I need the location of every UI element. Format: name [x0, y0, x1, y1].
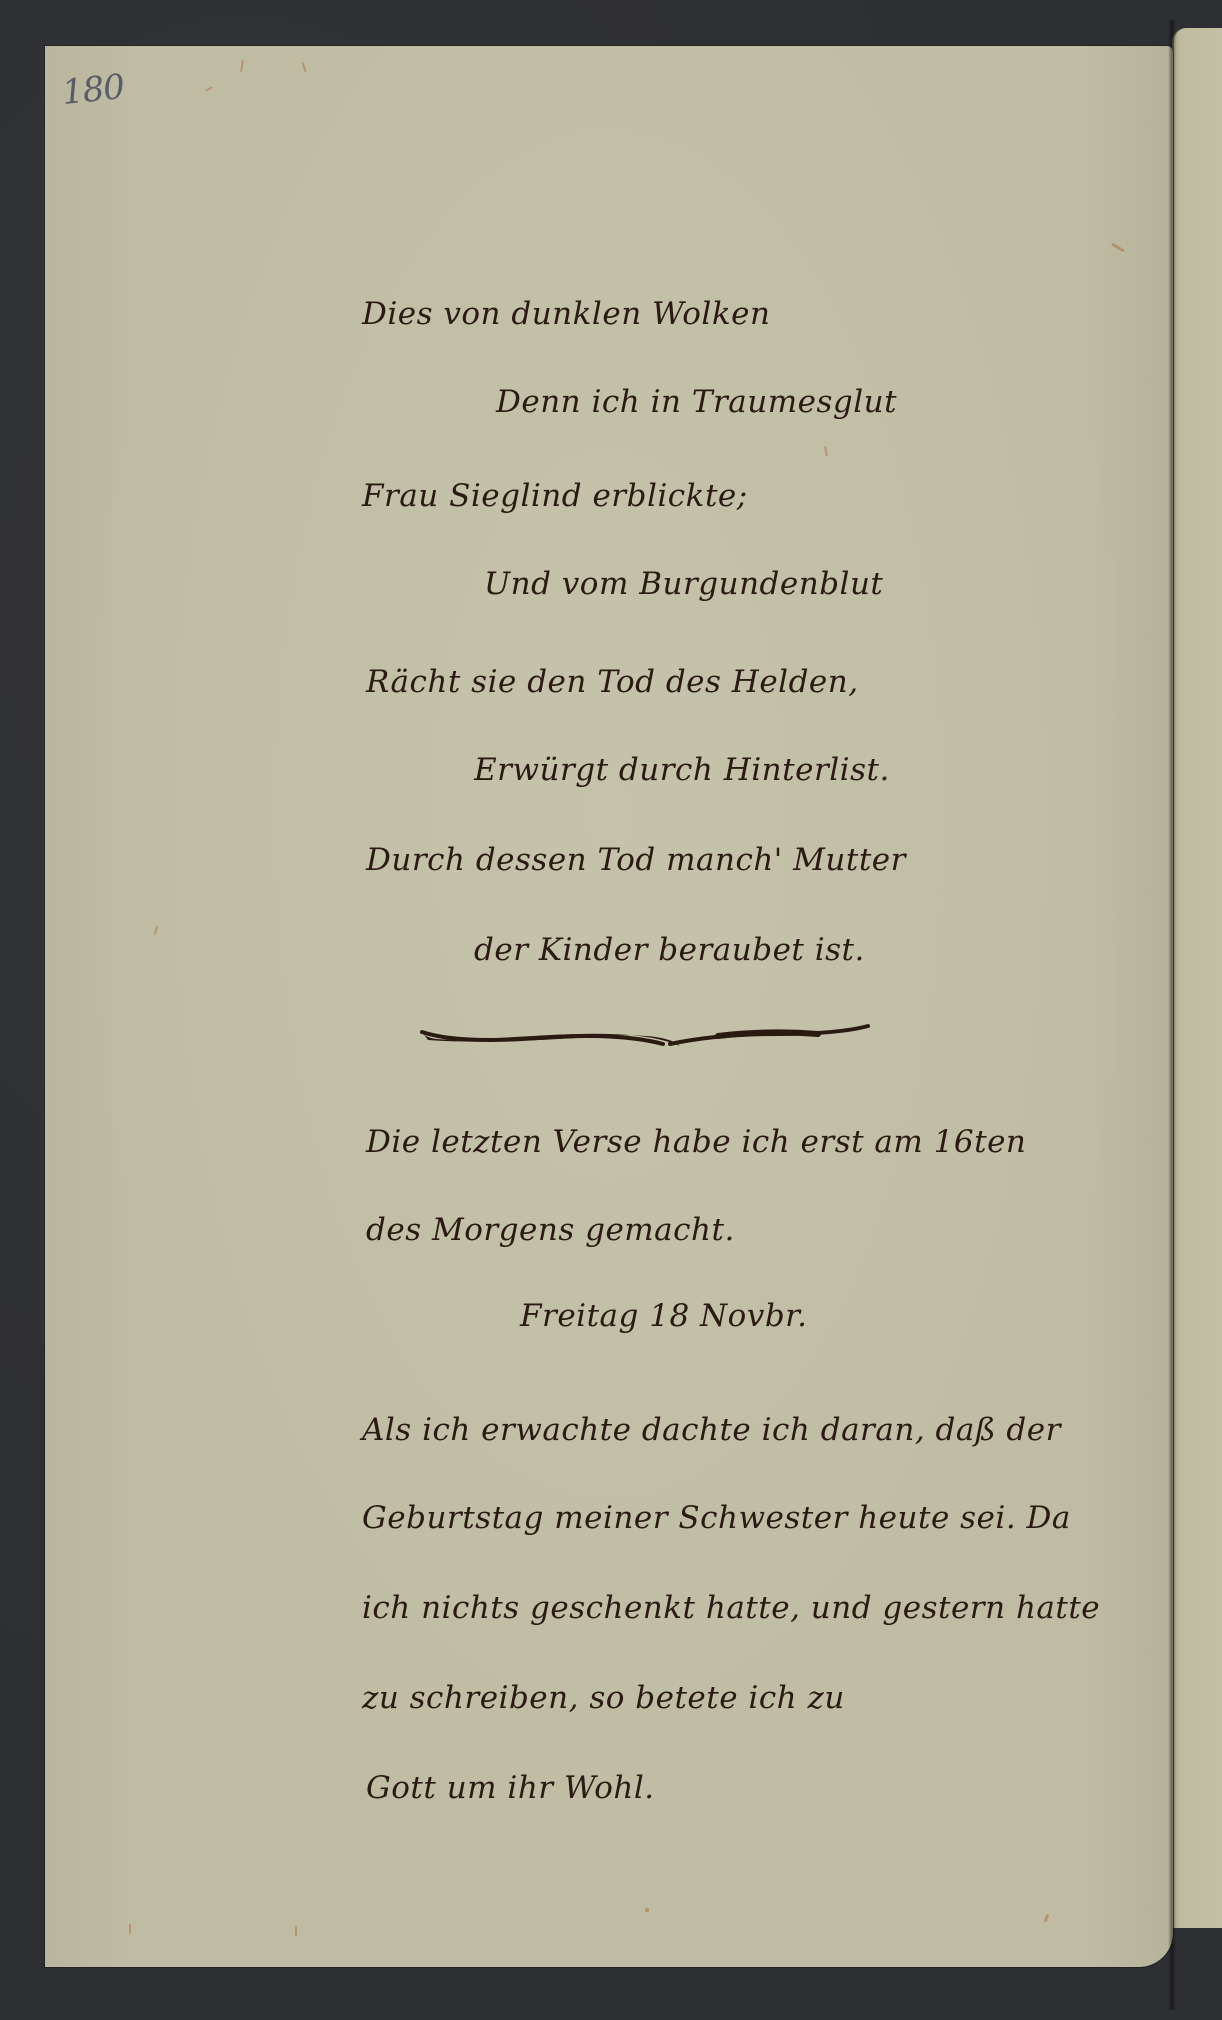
paper-fleck	[301, 62, 306, 72]
poem-line: Rächt sie den Tod des Helden,	[366, 664, 859, 700]
gutter-shadow	[1168, 20, 1176, 2010]
paper-fleck	[1111, 243, 1125, 253]
poem-line: Durch dessen Tod manch' Mutter	[366, 842, 906, 878]
paper-fleck	[240, 60, 244, 72]
paper-fleck	[205, 86, 213, 92]
entry-line: Geburtstag meiner Schwester heute sei. D…	[362, 1500, 1071, 1536]
entry-line: zu schreiben, so betete ich zu	[362, 1680, 845, 1716]
paper-fleck	[1044, 1914, 1050, 1923]
paper-fleck	[824, 446, 828, 456]
paper-fleck	[129, 1924, 131, 1934]
paper-fleck	[154, 926, 158, 935]
scan-viewer: 180 Dies von dunklen Wolken Denn ich in …	[0, 0, 1222, 2020]
folio-number: 180	[60, 67, 126, 113]
poem-line: Frau Sieglind erblickte;	[362, 478, 748, 514]
entry-line: Gott um ihr Wohl.	[366, 1770, 655, 1806]
note-line: des Morgens gemacht.	[366, 1212, 735, 1248]
manuscript-page	[45, 46, 1173, 1967]
poem-line: Erwürgt durch Hinterlist.	[474, 752, 890, 788]
dateline: Freitag 18 Novbr.	[520, 1298, 807, 1334]
note-line: Die letzten Verse habe ich erst am 16ten	[366, 1124, 1026, 1160]
paper-fleck	[645, 1908, 649, 1912]
entry-line: ich nichts geschenkt hatte, und gestern …	[362, 1590, 1100, 1626]
flourish-divider	[418, 1022, 878, 1072]
poem-line: Und vom Burgundenblut	[484, 566, 883, 602]
poem-line: Dies von dunklen Wolken	[362, 296, 770, 332]
facing-page-edge	[1172, 28, 1222, 1928]
entry-line: Als ich erwachte dachte ich daran, daß d…	[362, 1412, 1061, 1448]
poem-line: Denn ich in Traumesglut	[496, 384, 897, 420]
paper-fleck	[295, 1926, 297, 1936]
poem-line: der Kinder beraubet ist.	[474, 932, 865, 968]
